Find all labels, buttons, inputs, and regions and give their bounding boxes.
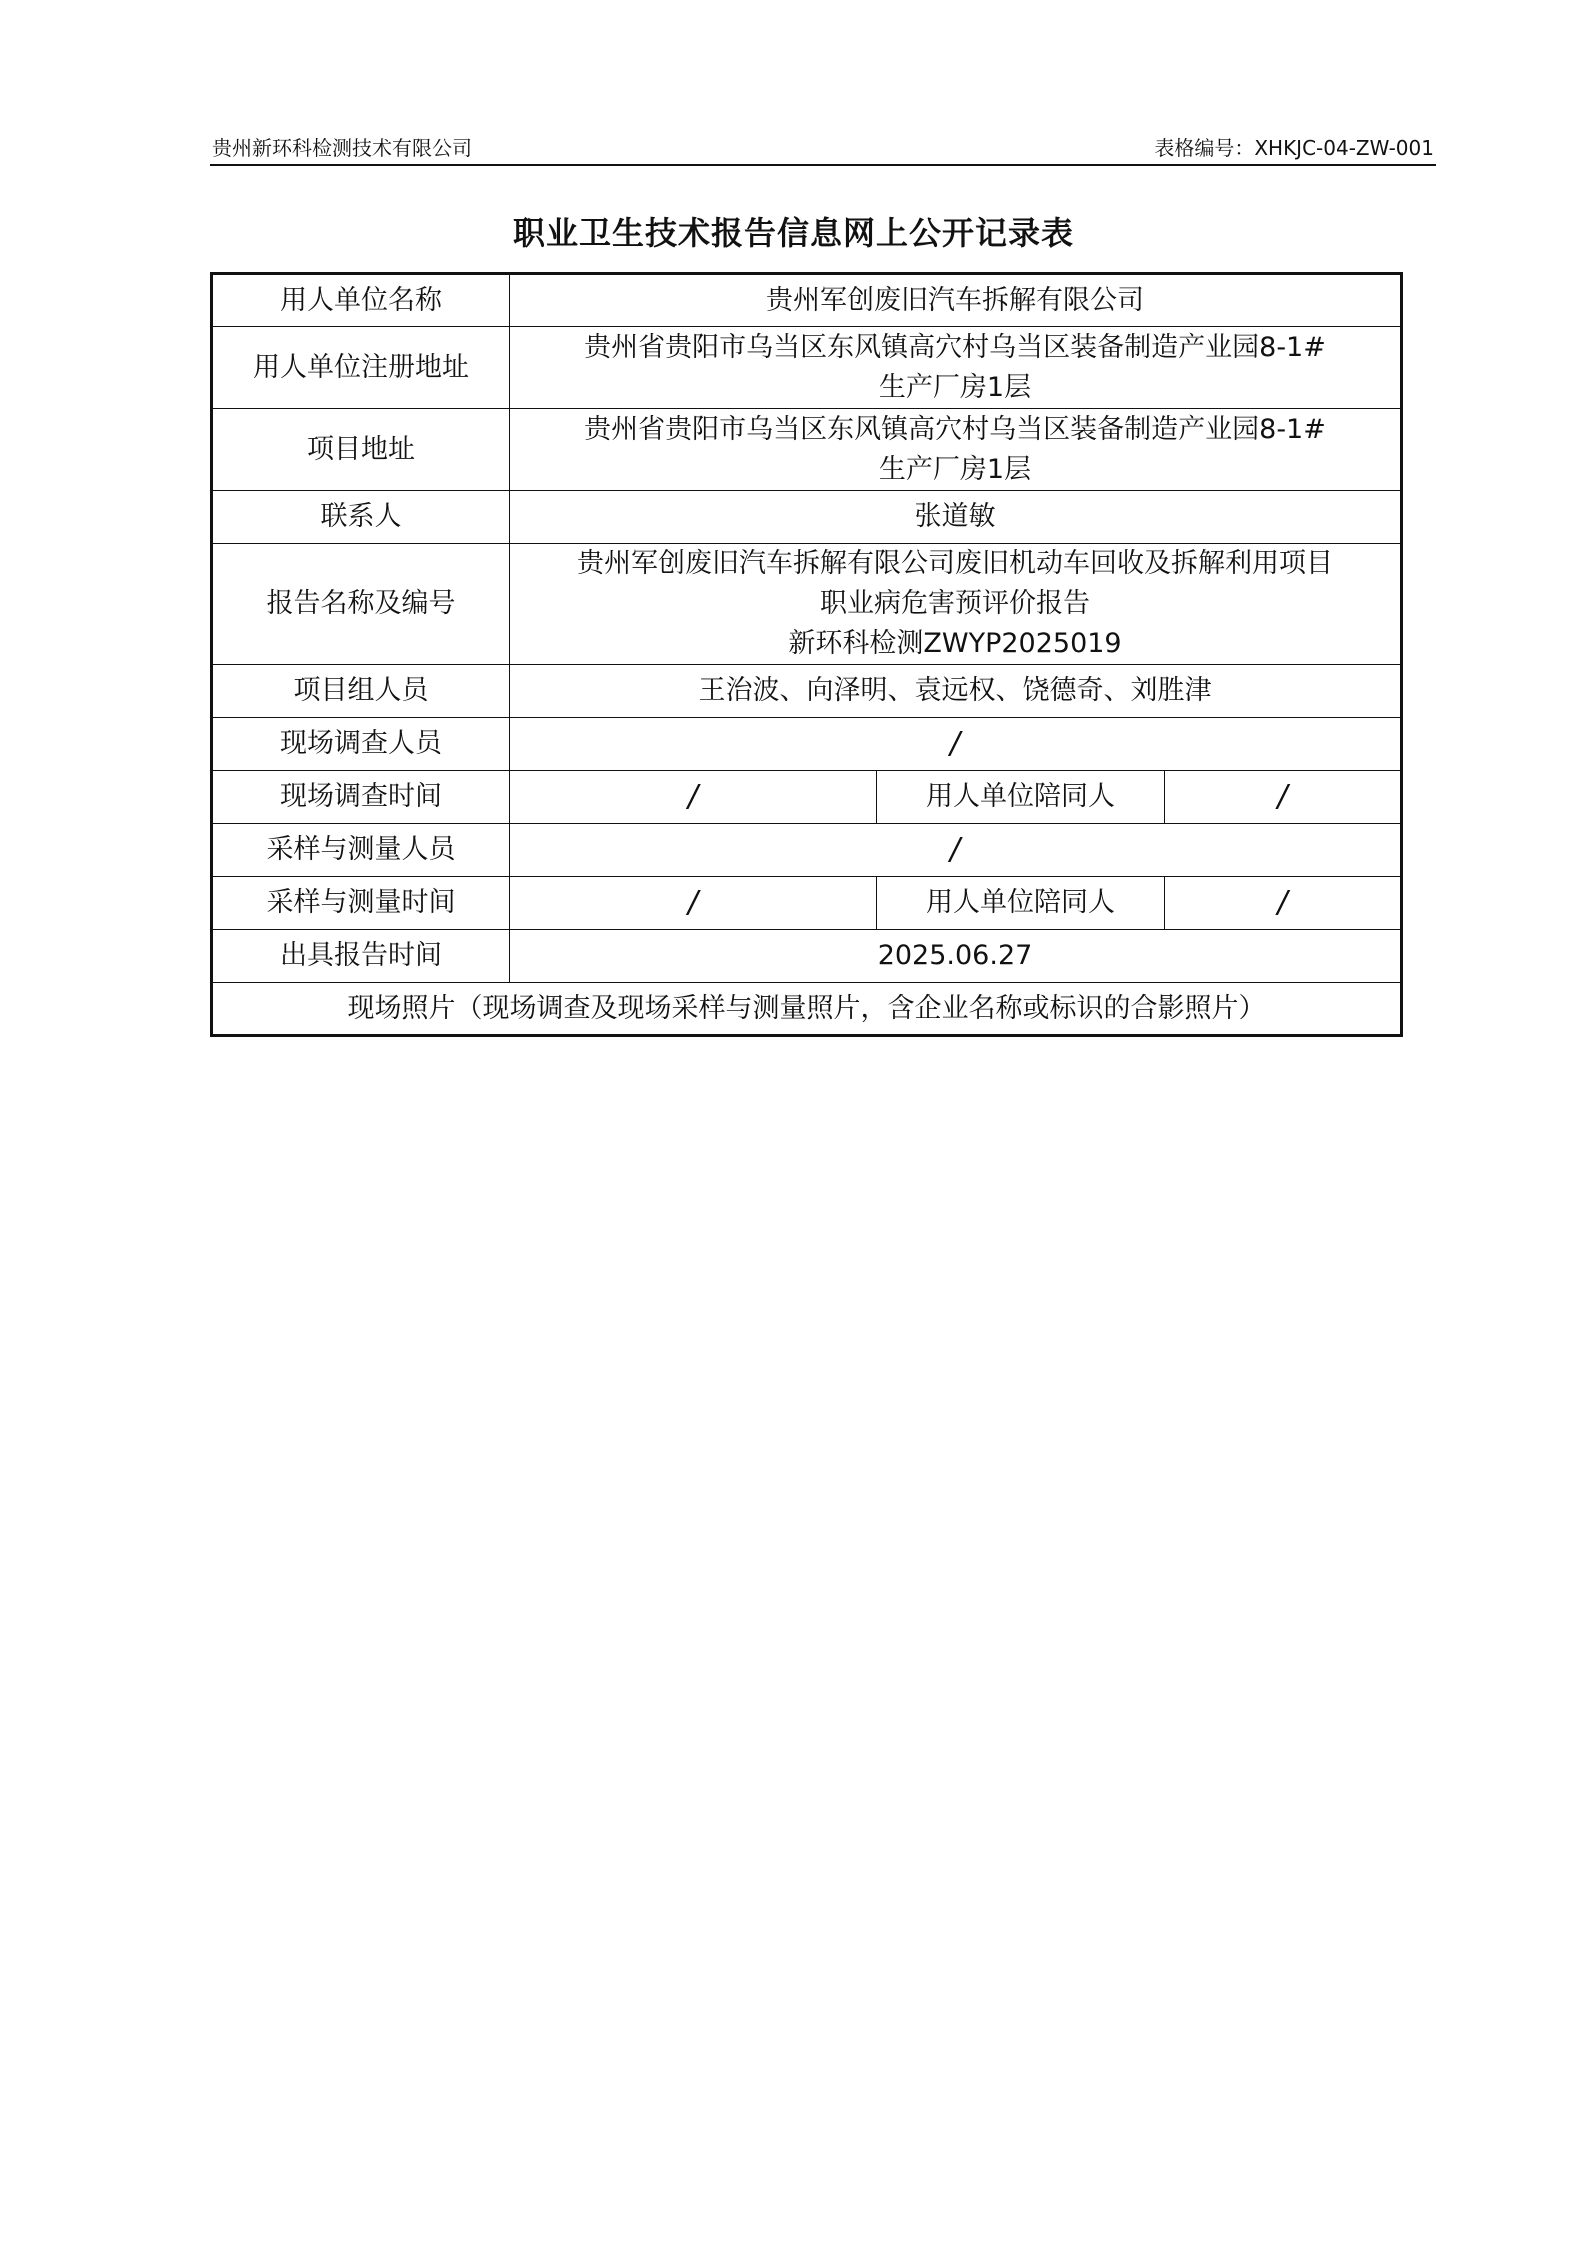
contact-label: 联系人 [212,491,510,544]
site-survey-time-value: / [510,771,877,824]
row-report-issue-date: 出具报告时间 2025.06.27 [212,930,1402,983]
project-address-value: 贵州省贵阳市乌当区东风镇高穴村乌当区装备制造产业园8-1# 生产厂房1层 [510,409,1402,491]
project-address-line2: 生产厂房1层 [514,450,1396,490]
row-project-address: 项目地址 贵州省贵阳市乌当区东风镇高穴村乌当区装备制造产业园8-1# 生产厂房1… [212,409,1402,491]
form-number: 表格编号：XHKJC-04-ZW-001 [1154,132,1434,161]
employer-name-label: 用人单位名称 [212,274,510,327]
row-project-team: 项目组人员 王治波、向泽明、袁远权、饶德奇、刘胜津 [212,665,1402,718]
contact-value: 张道敏 [510,491,1402,544]
site-survey-time-label: 现场调查时间 [212,771,510,824]
report-name-value: 贵州军创废旧汽车拆解有限公司废旧机动车回收及拆解利用项目 职业病危害预评价报告 … [510,544,1402,665]
sampling-staff-value: / [510,824,1402,877]
company-name: 贵州新环科检测技术有限公司 [212,132,472,161]
row-employer-name: 用人单位名称 贵州军创废旧汽车拆解有限公司 [212,274,1402,327]
site-survey-staff-value: / [510,718,1402,771]
report-issue-date-label: 出具报告时间 [212,930,510,983]
row-site-survey-staff: 现场调查人员 / [212,718,1402,771]
row-sampling-time: 采样与测量时间 / 用人单位陪同人 / [212,877,1402,930]
sampling-companion-value: / [1165,877,1402,930]
empty-slash: / [1277,885,1287,920]
site-survey-staff-label: 现场调查人员 [212,718,510,771]
sampling-companion-label: 用人单位陪同人 [877,877,1165,930]
empty-slash: / [688,779,698,814]
report-number: 新环科检测ZWYP2025019 [514,624,1396,664]
site-survey-companion-label: 用人单位陪同人 [877,771,1165,824]
registered-address-line1: 贵州省贵阳市乌当区东风镇高穴村乌当区装备制造产业园8-1# [514,328,1396,368]
report-name-line1: 贵州军创废旧汽车拆解有限公司废旧机动车回收及拆解利用项目 [514,544,1396,584]
row-contact: 联系人 张道敏 [212,491,1402,544]
site-photos-label: 现场照片（现场调查及现场采样与测量照片，含企业名称或标识的合影照片） [212,983,1402,1036]
empty-slash: / [688,885,698,920]
page-header: 贵州新环科检测技术有限公司 表格编号：XHKJC-04-ZW-001 [210,128,1436,166]
registered-address-label: 用人单位注册地址 [212,327,510,409]
report-name-label: 报告名称及编号 [212,544,510,665]
project-address-line1: 贵州省贵阳市乌当区东风镇高穴村乌当区装备制造产业园8-1# [514,410,1396,450]
empty-slash: / [950,832,960,867]
report-issue-date-value: 2025.06.27 [510,930,1402,983]
row-report-name-number: 报告名称及编号 贵州军创废旧汽车拆解有限公司废旧机动车回收及拆解利用项目 职业病… [212,544,1402,665]
project-team-label: 项目组人员 [212,665,510,718]
row-site-photos: 现场照片（现场调查及现场采样与测量照片，含企业名称或标识的合影照片） [212,983,1402,1036]
empty-slash: / [950,726,960,761]
document-title: 职业卫生技术报告信息网上公开记录表 [0,208,1587,254]
project-team-value: 王治波、向泽明、袁远权、饶德奇、刘胜津 [510,665,1402,718]
registered-address-value: 贵州省贵阳市乌当区东风镇高穴村乌当区装备制造产业园8-1# 生产厂房1层 [510,327,1402,409]
sampling-staff-label: 采样与测量人员 [212,824,510,877]
row-registered-address: 用人单位注册地址 贵州省贵阳市乌当区东风镇高穴村乌当区装备制造产业园8-1# 生… [212,327,1402,409]
disclosure-record-table: 用人单位名称 贵州军创废旧汽车拆解有限公司 用人单位注册地址 贵州省贵阳市乌当区… [210,272,1403,1037]
sampling-time-label: 采样与测量时间 [212,877,510,930]
report-name-line2: 职业病危害预评价报告 [514,584,1396,624]
project-address-label: 项目地址 [212,409,510,491]
empty-slash: / [1277,779,1287,814]
row-sampling-staff: 采样与测量人员 / [212,824,1402,877]
row-site-survey-time: 现场调查时间 / 用人单位陪同人 / [212,771,1402,824]
employer-name-value: 贵州军创废旧汽车拆解有限公司 [510,274,1402,327]
site-survey-companion-value: / [1165,771,1402,824]
registered-address-line2: 生产厂房1层 [514,368,1396,408]
sampling-time-value: / [510,877,877,930]
